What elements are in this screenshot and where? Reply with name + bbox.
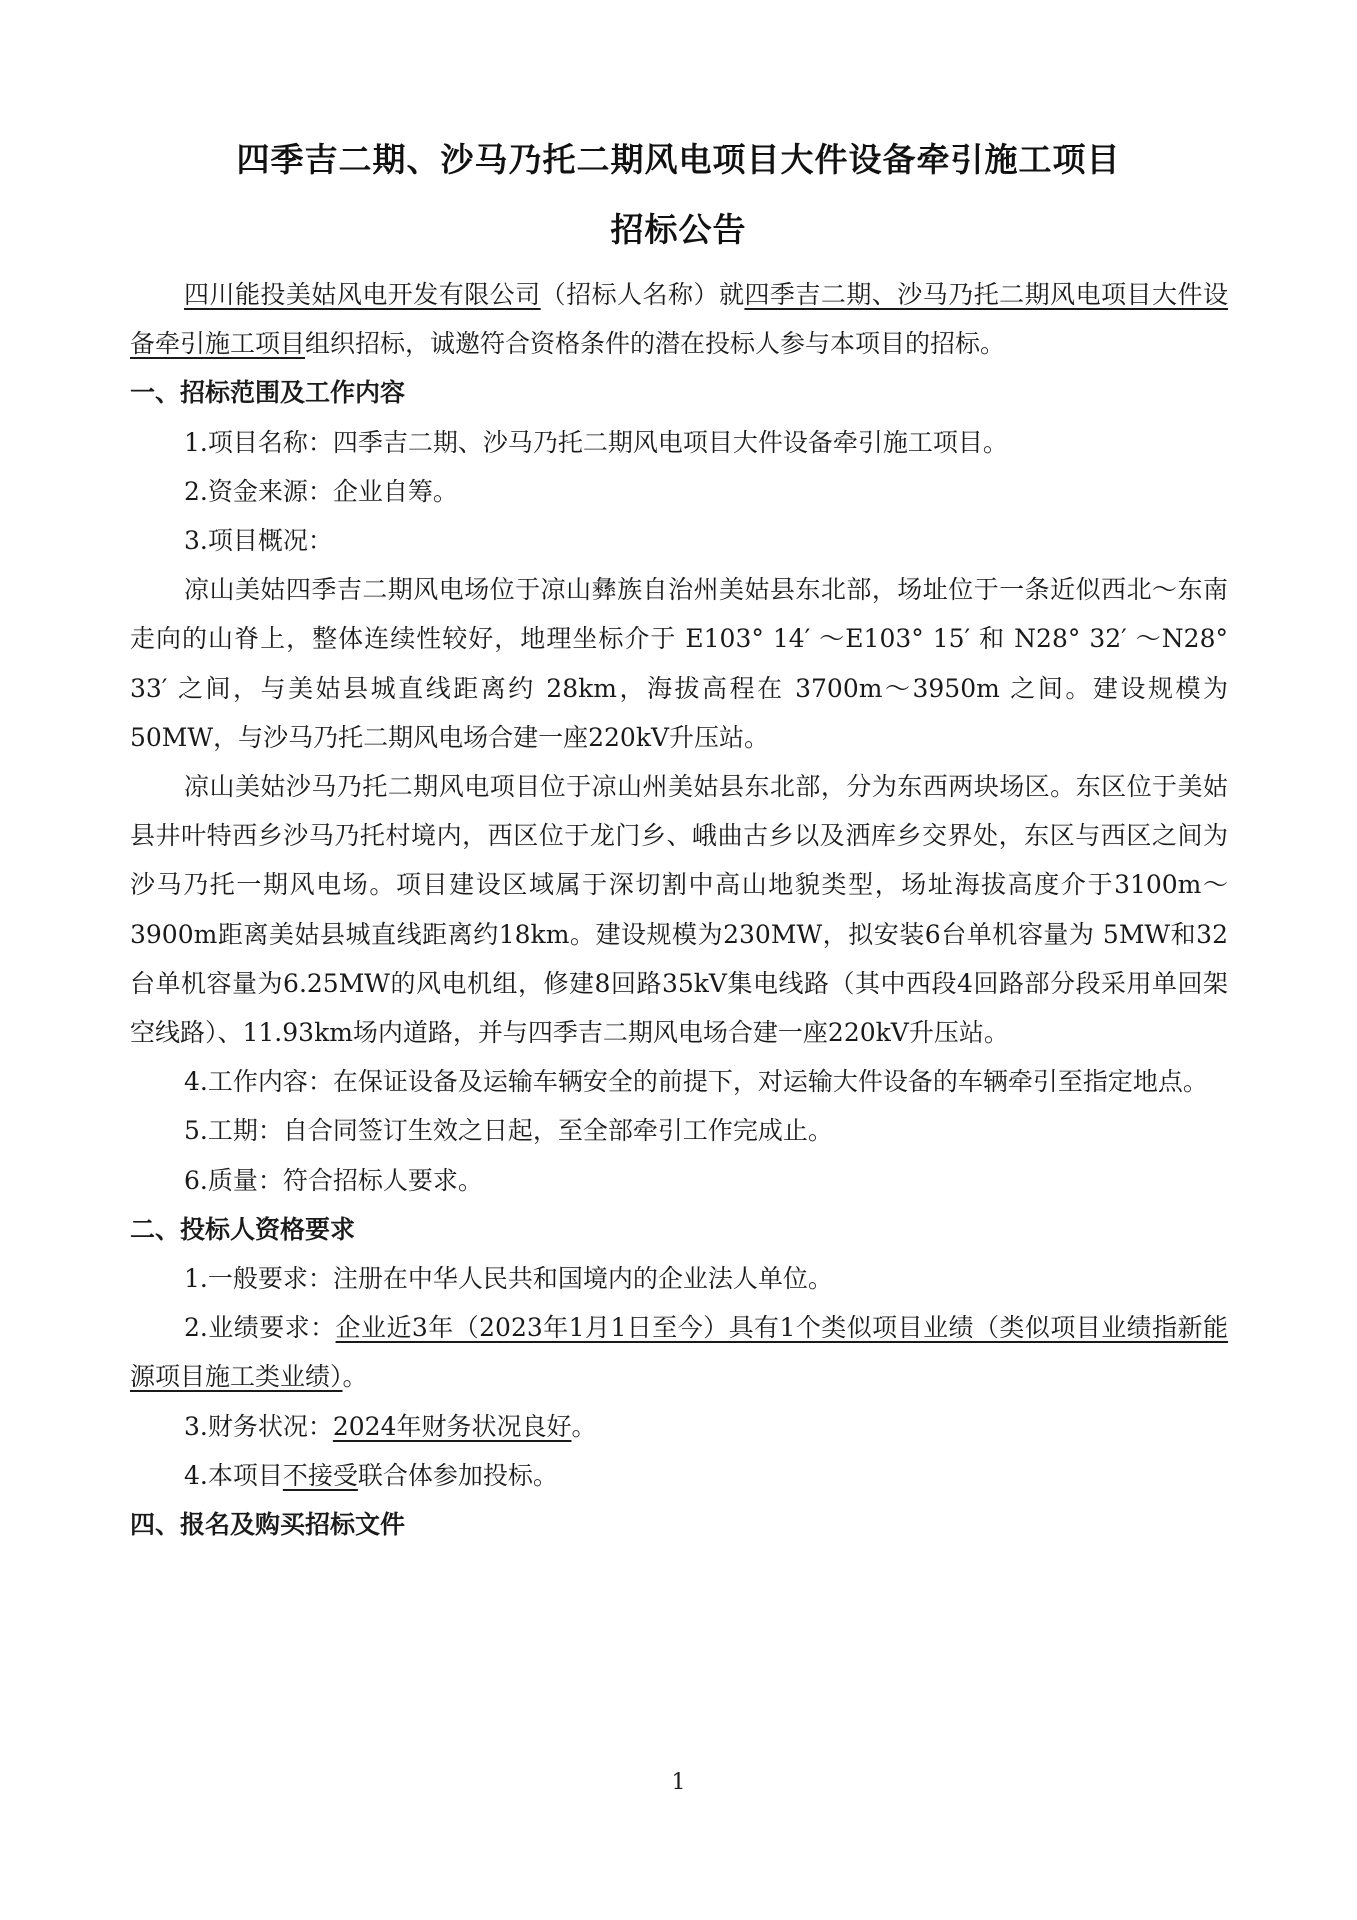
tenderer-name: 四川能投美姑风电开发有限公司	[184, 280, 541, 309]
scope-item-funding: 2.资金来源：企业自筹。	[130, 467, 1228, 516]
financial-end: 。	[571, 1412, 596, 1441]
qualification-general: 1.一般要求：注册在中华人民共和国境内的企业法人单位。	[130, 1254, 1228, 1303]
scope-item-project-name: 1.项目名称：四季吉二期、沙马乃托二期风电项目大件设备牵引施工项目。	[130, 418, 1228, 467]
consortium-prefix: 4.本项目	[184, 1461, 283, 1490]
document-page: 四季吉二期、沙马乃托二期风电项目大件设备牵引施工项目 招标公告 四川能投美姑风电…	[0, 0, 1357, 1920]
qualification-financial: 3.财务状况：2024年财务状况良好。	[130, 1402, 1228, 1451]
document-subtitle: 招标公告	[0, 204, 1357, 251]
scope-item-duration: 5.工期：自合同签订生效之日起，至全部牵引工作完成止。	[130, 1106, 1228, 1155]
financial-value: 2024年财务状况良好	[333, 1412, 572, 1441]
intro-paragraph: 四川能投美姑风电开发有限公司（招标人名称）就四季吉二期、沙马乃托二期风电项目大件…	[130, 270, 1228, 368]
section-heading-scope: 一、招标范围及工作内容	[130, 368, 1228, 417]
document-body: 四川能投美姑风电开发有限公司（招标人名称）就四季吉二期、沙马乃托二期风电项目大件…	[130, 270, 1228, 1549]
scope-item-work-content: 4.工作内容：在保证设备及运输车辆安全的前提下，对运输大件设备的车辆牵引至指定地…	[130, 1057, 1228, 1106]
intro-rest: 组织招标，诚邀符合资格条件的潜在投标人参与本项目的招标。	[305, 329, 1005, 358]
performance-end: 。	[343, 1362, 368, 1391]
tenderer-label: （招标人名称）就	[541, 280, 745, 309]
overview-paragraph-shamanaituo: 凉山美姑沙马乃托二期风电项目位于凉山州美姑县东北部，分为东西两块场区。东区位于美…	[130, 762, 1228, 1057]
page-number: 1	[0, 1770, 1357, 1795]
financial-label: 3.财务状况：	[184, 1412, 333, 1441]
document-title: 四季吉二期、沙马乃托二期风电项目大件设备牵引施工项目	[0, 134, 1357, 181]
qualification-performance: 2.业绩要求：企业近3年（2023年1月1日至今）具有1个类似项目业绩（类似项目…	[130, 1303, 1228, 1401]
performance-label: 2.业绩要求：	[184, 1313, 336, 1342]
section-heading-qualification: 二、投标人资格要求	[130, 1205, 1228, 1254]
section-heading-registration: 四、报名及购买招标文件	[130, 1500, 1228, 1549]
overview-paragraph-sijiji: 凉山美姑四季吉二期风电场位于凉山彝族自治州美姑县东北部，场址位于一条近似西北～东…	[130, 565, 1228, 762]
consortium-value: 不接受	[283, 1461, 358, 1490]
consortium-suffix: 联合体参加投标。	[358, 1461, 558, 1490]
scope-item-overview: 3.项目概况：	[130, 516, 1228, 565]
scope-item-quality: 6.质量：符合招标人要求。	[130, 1156, 1228, 1205]
qualification-consortium: 4.本项目不接受联合体参加投标。	[130, 1451, 1228, 1500]
